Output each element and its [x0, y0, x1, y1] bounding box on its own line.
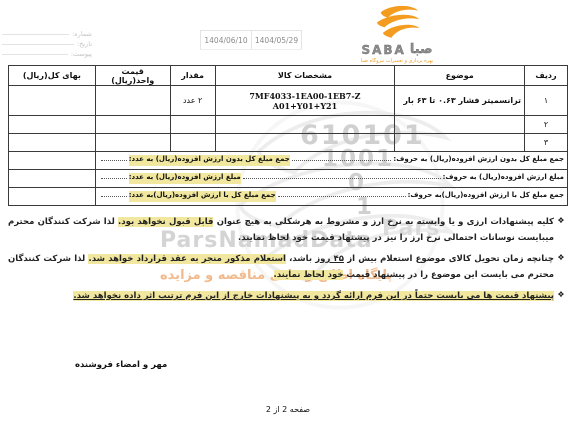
bullet-icon: ❖: [554, 214, 568, 246]
reference-fields: شماره: تاریخ: پیوست:: [2, 28, 92, 58]
dotted-line: [292, 160, 392, 161]
sum-row-without-vat: جمع مبلغ کل بدون ارزش افزوده(ریال) به حر…: [9, 152, 568, 170]
col-header-subject: موضوع: [395, 66, 525, 86]
note-item-form-only: ❖ پیشنهاد قیمت ها می بایست حتماً در این …: [8, 288, 568, 304]
sum-label-words: جمع مبلغ کل با ارزش افزوده(ریال)به حروف:: [408, 191, 564, 202]
seller-signature-label: مهر و امضاء فروشنده: [75, 360, 167, 370]
date-value: 1404/06/10: [200, 31, 251, 49]
note-text-segment: پیشنهاد قیمت ها می بایست حتماً در این فر…: [73, 291, 554, 301]
sum-row-with-vat: جمع مبلغ کل با ارزش افزوده(ریال)به حروف:…: [9, 188, 568, 206]
note-text: چنانچه زمان تحویل کالای موضوع استعلام بی…: [8, 251, 554, 283]
note-text-segment: باشد،: [286, 254, 315, 264]
row-number-cell: ۲: [525, 116, 568, 134]
sum-label-words: مبلغ ارزش افزوده(ریال) به حروف:: [443, 173, 564, 184]
ref-blank-line: [2, 44, 74, 45]
items-table: ردیف موضوع مشخصات کالا مقدار قیمت واحد(ر…: [8, 65, 568, 206]
ref-label: پیوست:: [71, 50, 92, 58]
ref-row-attachment: پیوست:: [2, 48, 92, 58]
bullet-icon: ❖: [554, 251, 568, 283]
note-item-currency: ❖ کلیه پیشنهادات ارزی و یا وابسته به نرخ…: [8, 214, 568, 246]
col-header-qty: مقدار: [170, 66, 215, 86]
total-price-cell: [9, 134, 96, 152]
subject-cell: [395, 116, 525, 134]
table-row: ۳: [9, 134, 568, 152]
subject-cell: [395, 134, 525, 152]
table-header-row: ردیف موضوع مشخصات کالا مقدار قیمت واحد(ر…: [9, 66, 568, 86]
note-text-segment: چنانچه زمان تحویل کالای موضوع استعلام بی…: [344, 254, 554, 264]
unit-price-cell: [95, 86, 170, 116]
table-row: ۲: [9, 116, 568, 134]
logo-latin-text: SABA: [361, 43, 405, 57]
quotation-form-page: 610101 1001 0 1 ParsNamadData Pars پایگا…: [0, 0, 576, 438]
row-number-cell: ۳: [525, 134, 568, 152]
note-text-segment: کلیه پیشنهادات ارزی و یا وابسته به نرخ ا…: [213, 217, 554, 227]
note-text: کلیه پیشنهادات ارزی و یا وابسته به نرخ ا…: [8, 214, 554, 246]
saba-swirl-icon: [366, 3, 428, 41]
logo-tagline: بهره برداری و تعمیرات نیروگاه صبا: [338, 58, 456, 64]
ref-blank-line: [2, 34, 69, 35]
ref-row-date: تاریخ:: [2, 38, 92, 48]
qty-cell: [170, 116, 215, 134]
dotted-line: [101, 178, 127, 179]
sum-row-content: مبلغ ارزش افزوده(ریال) به حروف: مبلغ ارز…: [95, 170, 567, 188]
note-text-segment: ۴۵ روز: [315, 254, 344, 264]
sum-row-content: جمع مبلغ کل بدون ارزش افزوده(ریال) به حر…: [95, 152, 567, 170]
spec-cell: [215, 134, 395, 152]
sum-empty-cell: [9, 152, 96, 170]
unit-price-cell: [95, 134, 170, 152]
dotted-line: [101, 196, 127, 197]
ref-label: شماره:: [72, 30, 92, 38]
logo-farsi-text: صبا: [410, 42, 433, 57]
dotted-line: [243, 178, 441, 179]
sum-row-content: جمع مبلغ کل با ارزش افزوده(ریال)به حروف:…: [95, 188, 567, 206]
dotted-line: [101, 160, 127, 161]
table-row: ۱ ترانسمیتر فشار ۰.۶۳ تا ۶۳ بار 7MF4033-…: [9, 86, 568, 116]
sum-empty-cell: [9, 188, 96, 206]
col-header-total-price: بهای کل(ریال): [9, 66, 96, 86]
total-price-cell: [9, 116, 96, 134]
note-text: پیشنهاد قیمت ها می بایست حتماً در این فر…: [8, 288, 554, 304]
total-price-cell: [9, 86, 96, 116]
qty-cell: [170, 134, 215, 152]
ref-row-number: شماره:: [2, 28, 92, 38]
saba-logo: صبا SABA بهره برداری و تعمیرات نیروگاه ص…: [338, 3, 456, 64]
subject-cell: ترانسمیتر فشار ۰.۶۳ تا ۶۳ بار: [395, 86, 525, 116]
date-boxes: 1404/06/10 1404/05/29: [200, 30, 302, 50]
dotted-line: [278, 196, 406, 197]
col-header-row-no: ردیف: [525, 66, 568, 86]
ref-blank-line: [2, 54, 68, 55]
bullet-icon: ❖: [554, 288, 568, 304]
row-number-cell: ۱: [525, 86, 568, 116]
sum-label-figures: جمع مبلغ کل بدون ارزش افزوده(ریال) به عد…: [129, 155, 290, 166]
col-header-unit-price: قیمت واحد(ریال): [95, 66, 170, 86]
qty-cell: ۲ عدد: [170, 86, 215, 116]
note-text-segment: خود لحاظ نمایند.: [274, 270, 344, 280]
sum-empty-cell: [9, 170, 96, 188]
col-header-spec: مشخصات کالا: [215, 66, 395, 86]
ref-label: تاریخ:: [77, 40, 92, 48]
logo-wordmark: صبا SABA: [338, 42, 456, 57]
terms-notes: ❖ کلیه پیشنهادات ارزی و یا وابسته به نرخ…: [8, 214, 568, 309]
sum-label-figures: مبلغ ارزش افزوده(ریال) به عدد:: [129, 173, 241, 184]
spec-cell: 7MF4033-1EA00-1EB7-Z A01+Y01+Y21: [215, 86, 395, 116]
sum-row-vat: مبلغ ارزش افزوده(ریال) به حروف: مبلغ ارز…: [9, 170, 568, 188]
page-number: صفحه 2 از 2: [0, 405, 576, 414]
note-text-segment: استعلام مذکور منجر به عقد قرارداد خواهد …: [88, 254, 285, 264]
sum-label-figures: جمع مبلغ کل با ارزش افزوده(ریال)به عدد:: [129, 191, 276, 202]
date-value: 1404/05/29: [251, 31, 302, 49]
note-item-delivery: ❖ چنانچه زمان تحویل کالای موضوع استعلام …: [8, 251, 568, 283]
sum-label-words: جمع مبلغ کل بدون ارزش افزوده(ریال) به حر…: [393, 155, 564, 166]
spec-cell: [215, 116, 395, 134]
note-text-segment: قابل قبول نخواهد بود.: [118, 217, 213, 227]
unit-price-cell: [95, 116, 170, 134]
